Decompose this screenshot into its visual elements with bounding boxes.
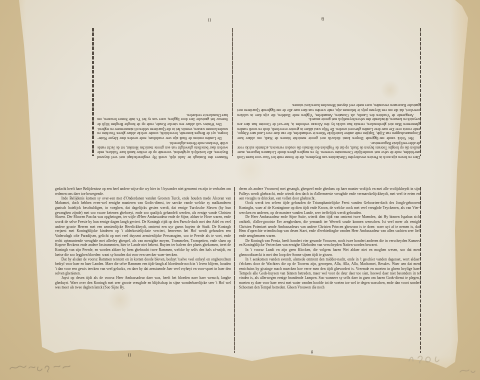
top-right-cut-column-remnant [420,28,422,156]
top-page-text-rotated: Daer en boven zijn noch in Persien versc… [97,26,420,159]
top-column-narrow: Wanneer den Koningh ter Jacht rijdt, wor… [97,26,228,159]
pencil-corner-mark [457,364,477,376]
bottom-column-divider-rule [234,187,235,353]
scan-mount-background: Daer en boven zijn noch in Persien versc… [0,0,480,380]
bottom-right-column: deren als andere Vrouwen) met gesangh, g… [239,187,420,354]
top-column-divider-rule [232,28,233,156]
bottom-right-column-text: deren als andere Vrouwen) met gesangh, g… [239,187,420,290]
top-column-wide-text: Daer en boven zijn noch in Persien versc… [237,103,420,159]
top-left-cut-column-remnant [92,28,94,156]
pencil-number-mark [405,350,451,366]
bottom-signature-left: II [128,353,131,358]
bottom-page-text: gedacht heeft hare Belijdenisse op een h… [55,187,420,354]
pencil-inventory-mark [8,360,72,374]
top-signature-inner: II [208,18,211,23]
bottom-left-column-text: gedacht heeft hare Belijdenisse op een h… [55,187,231,290]
bottom-right-cut-column-remnant [420,187,422,353]
bottom-signature-right: g [311,349,313,354]
top-signature-outer: B [321,17,324,22]
bottom-left-column: gedacht heeft hare Belijdenisse op een h… [55,187,231,354]
top-column-wide: Daer en boven zijn noch in Persien versc… [237,26,420,159]
top-column-narrow-text: Wanneer den Koningh ter Jacht rijdt, wor… [97,112,228,159]
